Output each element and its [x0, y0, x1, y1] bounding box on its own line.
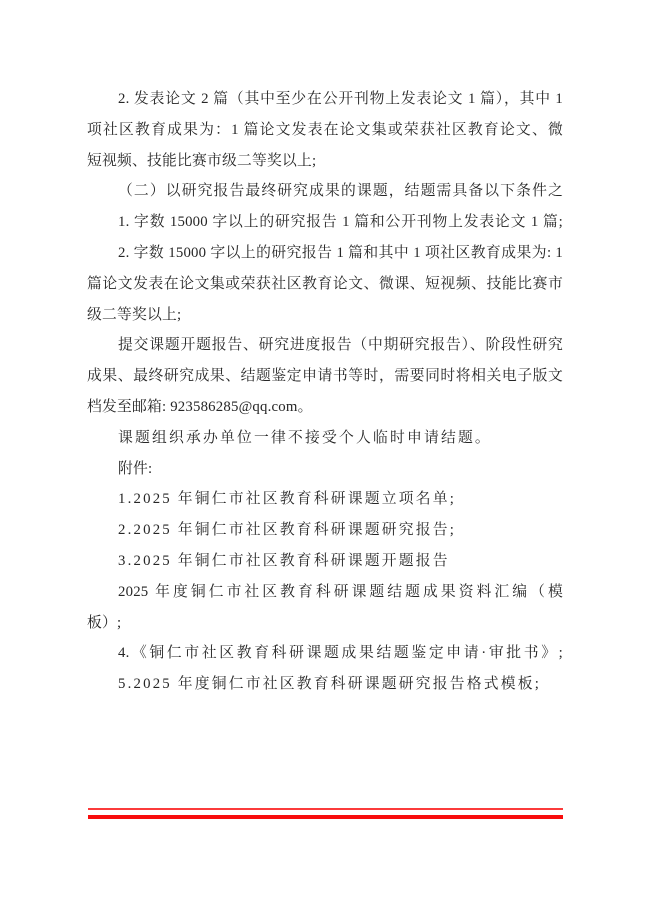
text-line: 5.2025 年度铜仁市社区教育科研课题研究报告格式模板;	[87, 669, 563, 700]
text-line: 4.《铜仁市社区教育科研课题成果结题鉴定申请·审批书》;	[87, 638, 563, 669]
text-line: 板）;	[87, 608, 563, 639]
text-line: 3.2025 年铜仁市社区教育科研课题开题报告	[87, 546, 563, 577]
red-rule-thin	[88, 808, 563, 810]
text-line: 1. 字数 15000 字以上的研究报告 1 篇和公开刊物上发表论文 1 篇;	[87, 207, 563, 238]
text-line: 2. 字数 15000 字以上的研究报告 1 篇和其中 1 项社区教育成果为: …	[87, 238, 563, 269]
text-line: 篇论文发表在论文集或荣获社区教育论文、微课、短视频、技能比赛市	[87, 269, 563, 300]
text-line: 项社区教育成果为：1 篇论文发表在论文集或荣获社区教育论文、微课、	[87, 115, 563, 146]
text-line: （二）以研究报告最终研究成果的课题，结题需具备以下条件之一。	[87, 176, 563, 207]
document-page: 2. 发表论文 2 篇（其中至少在公开刊物上发表论文 1 篇），其中 1项社区教…	[0, 0, 650, 919]
red-rule-thick	[88, 815, 563, 819]
text-line: 附件:	[87, 454, 563, 485]
text-line: 2. 发表论文 2 篇（其中至少在公开刊物上发表论文 1 篇），其中 1	[87, 84, 563, 115]
document-body: 2. 发表论文 2 篇（其中至少在公开刊物上发表论文 1 篇），其中 1项社区教…	[87, 84, 563, 700]
text-line: 1.2025 年铜仁市社区教育科研课题立项名单;	[87, 484, 563, 515]
text-line: 档发至邮箱: 923586285@qq.com。	[87, 392, 563, 423]
text-line: 2.2025 年铜仁市社区教育科研课题研究报告;	[87, 515, 563, 546]
text-line: 短视频、技能比赛市级二等奖以上;	[87, 146, 563, 177]
text-line: 级二等奖以上;	[87, 300, 563, 331]
text-line: 课题组织承办单位一律不接受个人临时申请结题。	[87, 423, 563, 454]
text-line: 成果、最终研究成果、结题鉴定申请书等时，需要同时将相关电子版文	[87, 361, 563, 392]
text-line: 提交课题开题报告、研究进度报告（中期研究报告）、阶段性研究	[87, 330, 563, 361]
text-line: 2025 年度铜仁市社区教育科研课题结题成果资料汇编（模	[87, 577, 563, 608]
